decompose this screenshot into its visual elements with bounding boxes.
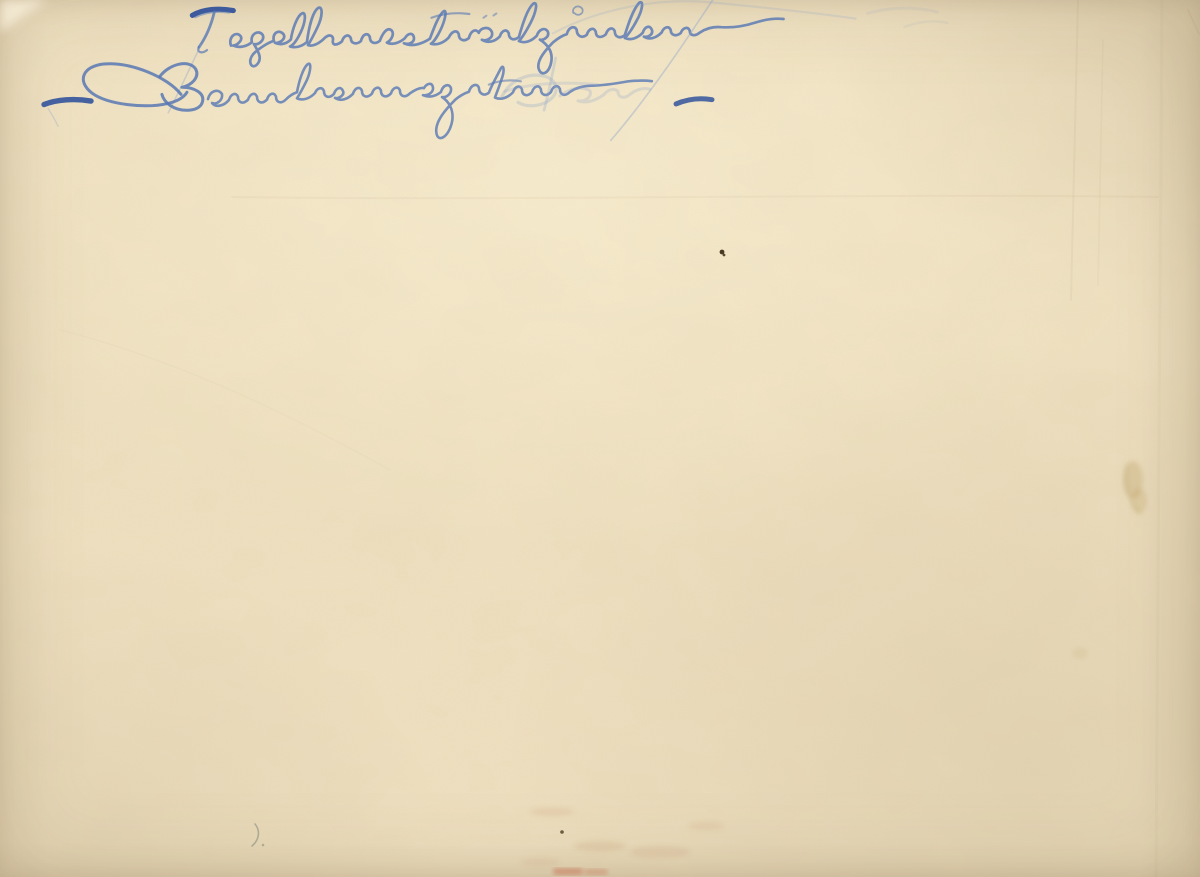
- worn-corner-highlight: [0, 0, 48, 32]
- handwriting-line-2: [44, 57, 713, 142]
- handwriting-line-1-text: Tegelbruksträdgården: [0, 0, 1, 1]
- red-streak: [553, 868, 608, 875]
- dark-speck: [560, 830, 564, 834]
- bottom-smudges: [520, 808, 724, 866]
- photo-back-card: Tegelbruksträdgården — Barnhemsgatan —: [0, 0, 1200, 877]
- paper-mottle-texture: [0, 0, 1200, 877]
- stain-small: [1072, 647, 1088, 659]
- handwriting-faint-overlay: [502, 57, 650, 110]
- ink-speck: [720, 250, 726, 257]
- stain-right-edge: [1123, 461, 1147, 514]
- pencil-mark: [252, 824, 264, 846]
- paper-grain-texture: [0, 0, 1200, 877]
- handwriting-line-1: [166, 0, 950, 149]
- handwriting-line-2-text: — Barnhemsgatan —: [0, 0, 1, 1]
- photo-back-artwork: [0, 0, 1200, 877]
- paper-creases: [60, 0, 1199, 877]
